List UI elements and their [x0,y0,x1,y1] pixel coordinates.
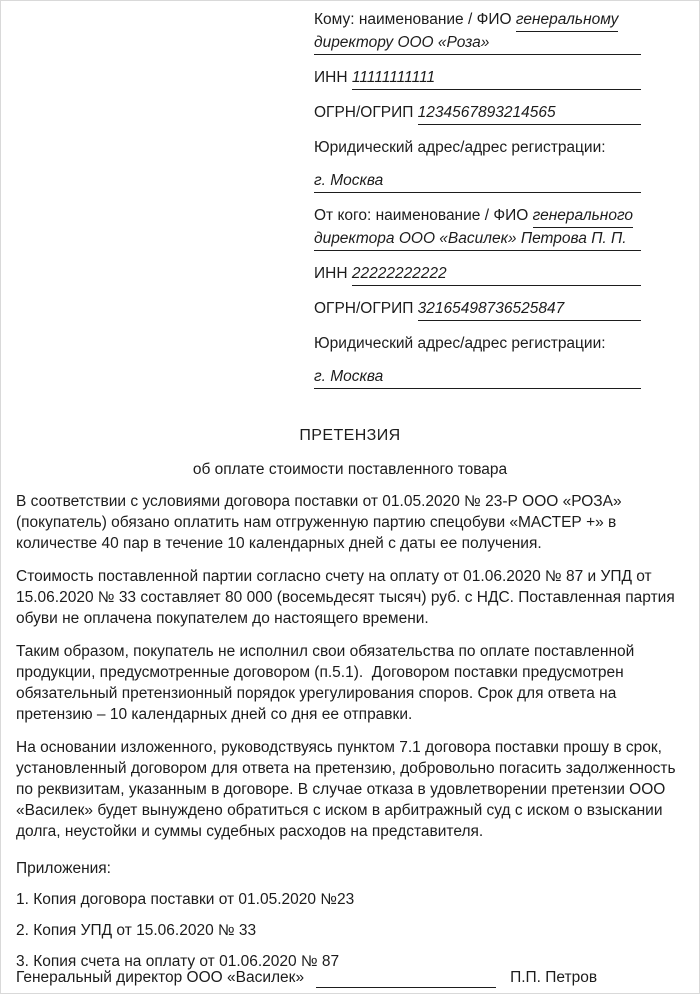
recipient-to-label: Кому: наименование / ФИО [314,9,516,30]
sender-inn-line: ИНН 22222222222 [314,263,641,286]
body-paragraph: Стоимость поставленной партии согласно с… [16,566,686,629]
sender-from-value-line1: генерального [533,205,633,228]
recipient-inn-label: ИНН [314,67,352,88]
sender-ogrn-line: ОГРН/ОГРИП 32165498736525847 [314,298,641,321]
recipient-address-label: Юридический адрес/адрес регистрации: [314,137,641,158]
recipient-to-value-line1: генеральному [516,9,619,32]
recipient-to-line1: Кому: наименование / ФИО генеральному [314,9,641,32]
document-subtitle: об оплате стоимости поставленного товара [1,459,699,480]
claim-document-page: Кому: наименование / ФИО генеральному ди… [0,0,700,994]
sender-address-line: г. Москва [314,366,641,389]
address-header-block: Кому: наименование / ФИО генеральному ди… [314,9,641,389]
sender-ogrn-label: ОГРН/ОГРИП [314,298,418,319]
attachments-heading: Приложения: [16,858,699,879]
signature-blank-line [316,971,496,988]
body-paragraph: Таким образом, покупатель не исполнил св… [16,641,686,725]
recipient-to-value-line2: директору ООО «Роза» [314,32,641,55]
recipient-address-line: г. Москва [314,170,641,193]
recipient-ogrn-value: 1234567893214565 [418,102,641,125]
body-paragraph: В соответствии с условиями договора пост… [16,491,686,554]
body-paragraph: На основании изложенного, руководствуясь… [16,737,686,842]
sender-address-value: г. Москва [314,366,641,389]
sender-from-value-line2: директора ООО «Василек» Петрова П. П. [314,228,641,251]
sender-from-line1: От кого: наименование / ФИО генерального [314,205,641,228]
sender-inn-value: 22222222222 [352,263,641,286]
sender-ogrn-value: 32165498736525847 [418,298,641,321]
recipient-address-value: г. Москва [314,170,641,193]
signature-row: Генеральный директор ООО «Василек» П.П. … [16,967,684,988]
recipient-block: Кому: наименование / ФИО генеральному ди… [314,9,641,193]
recipient-ogrn-label: ОГРН/ОГРИП [314,102,418,123]
recipient-inn-value: 11111111111 [352,67,641,90]
recipient-to-line2: директору ООО «Роза» [314,32,641,55]
sender-address-label: Юридический адрес/адрес регистрации: [314,333,641,354]
signature-name: П.П. Петров [510,967,597,988]
attachment-item: 1. Копия договора поставки от 01.05.2020… [16,889,699,910]
recipient-inn-line: ИНН 11111111111 [314,67,641,90]
signature-position-label: Генеральный директор ООО «Василек» [16,967,304,988]
attachment-item: 2. Копия УПД от 15.06.2020 № 33 [16,920,699,941]
sender-inn-label: ИНН [314,263,352,284]
document-body: В соответствии с условиями договора пост… [16,491,686,842]
sender-from-label: От кого: наименование / ФИО [314,205,533,226]
sender-block: От кого: наименование / ФИО генерального… [314,205,641,389]
document-title: ПРЕТЕНЗИЯ [1,425,699,446]
sender-from-line2: директора ООО «Василек» Петрова П. П. [314,228,641,251]
recipient-ogrn-line: ОГРН/ОГРИП 1234567893214565 [314,102,641,125]
